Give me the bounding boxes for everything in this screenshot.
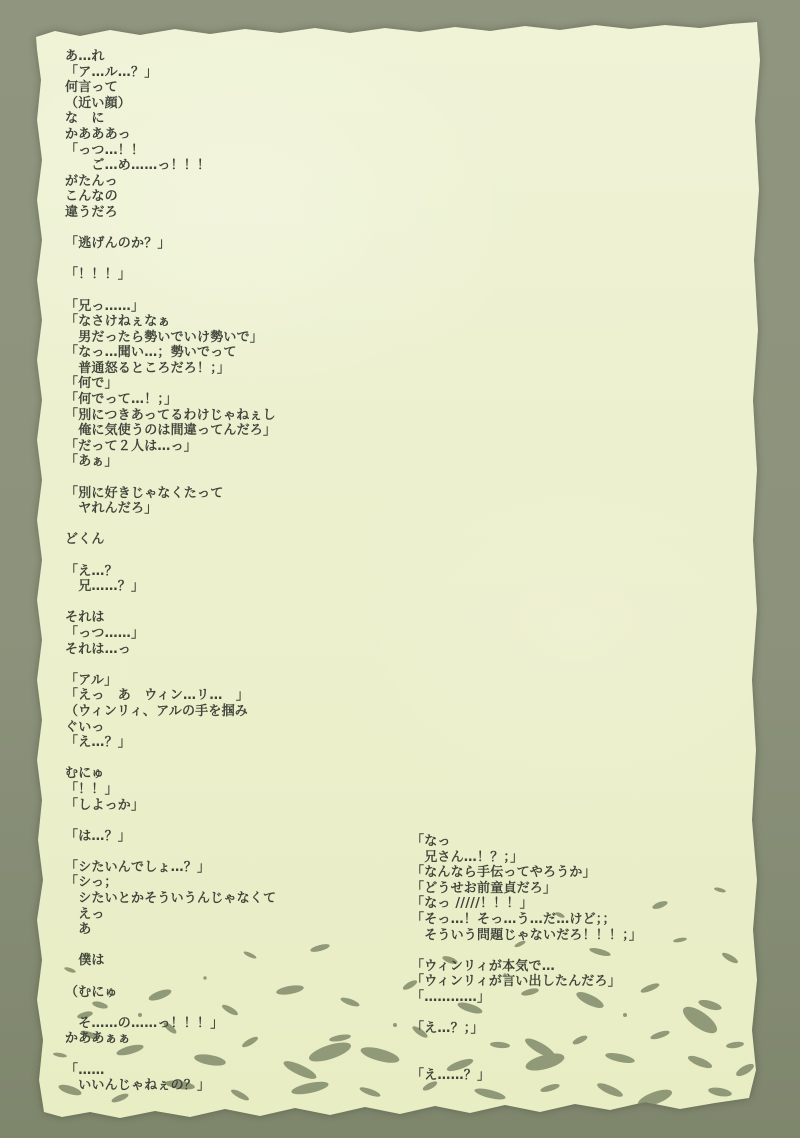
script-text-right-column: 「なっ 兄さん…！？；」 「なんなら手伝ってやろうか」 「どうせお前童貞だろ」 … — [411, 834, 642, 1084]
paper-shadow-wrap: あ…れ 「ア…ル…？」 何言って （近い顔） な に かあああっ 「っつ…！！ … — [0, 0, 800, 1138]
torn-paper-sheet: あ…れ 「ア…ル…？」 何言って （近い顔） な に かあああっ 「っつ…！！ … — [0, 0, 800, 1138]
script-text-left-column: あ…れ 「ア…ル…？」 何言って （近い顔） な に かあああっ 「っつ…！！ … — [65, 49, 276, 1094]
